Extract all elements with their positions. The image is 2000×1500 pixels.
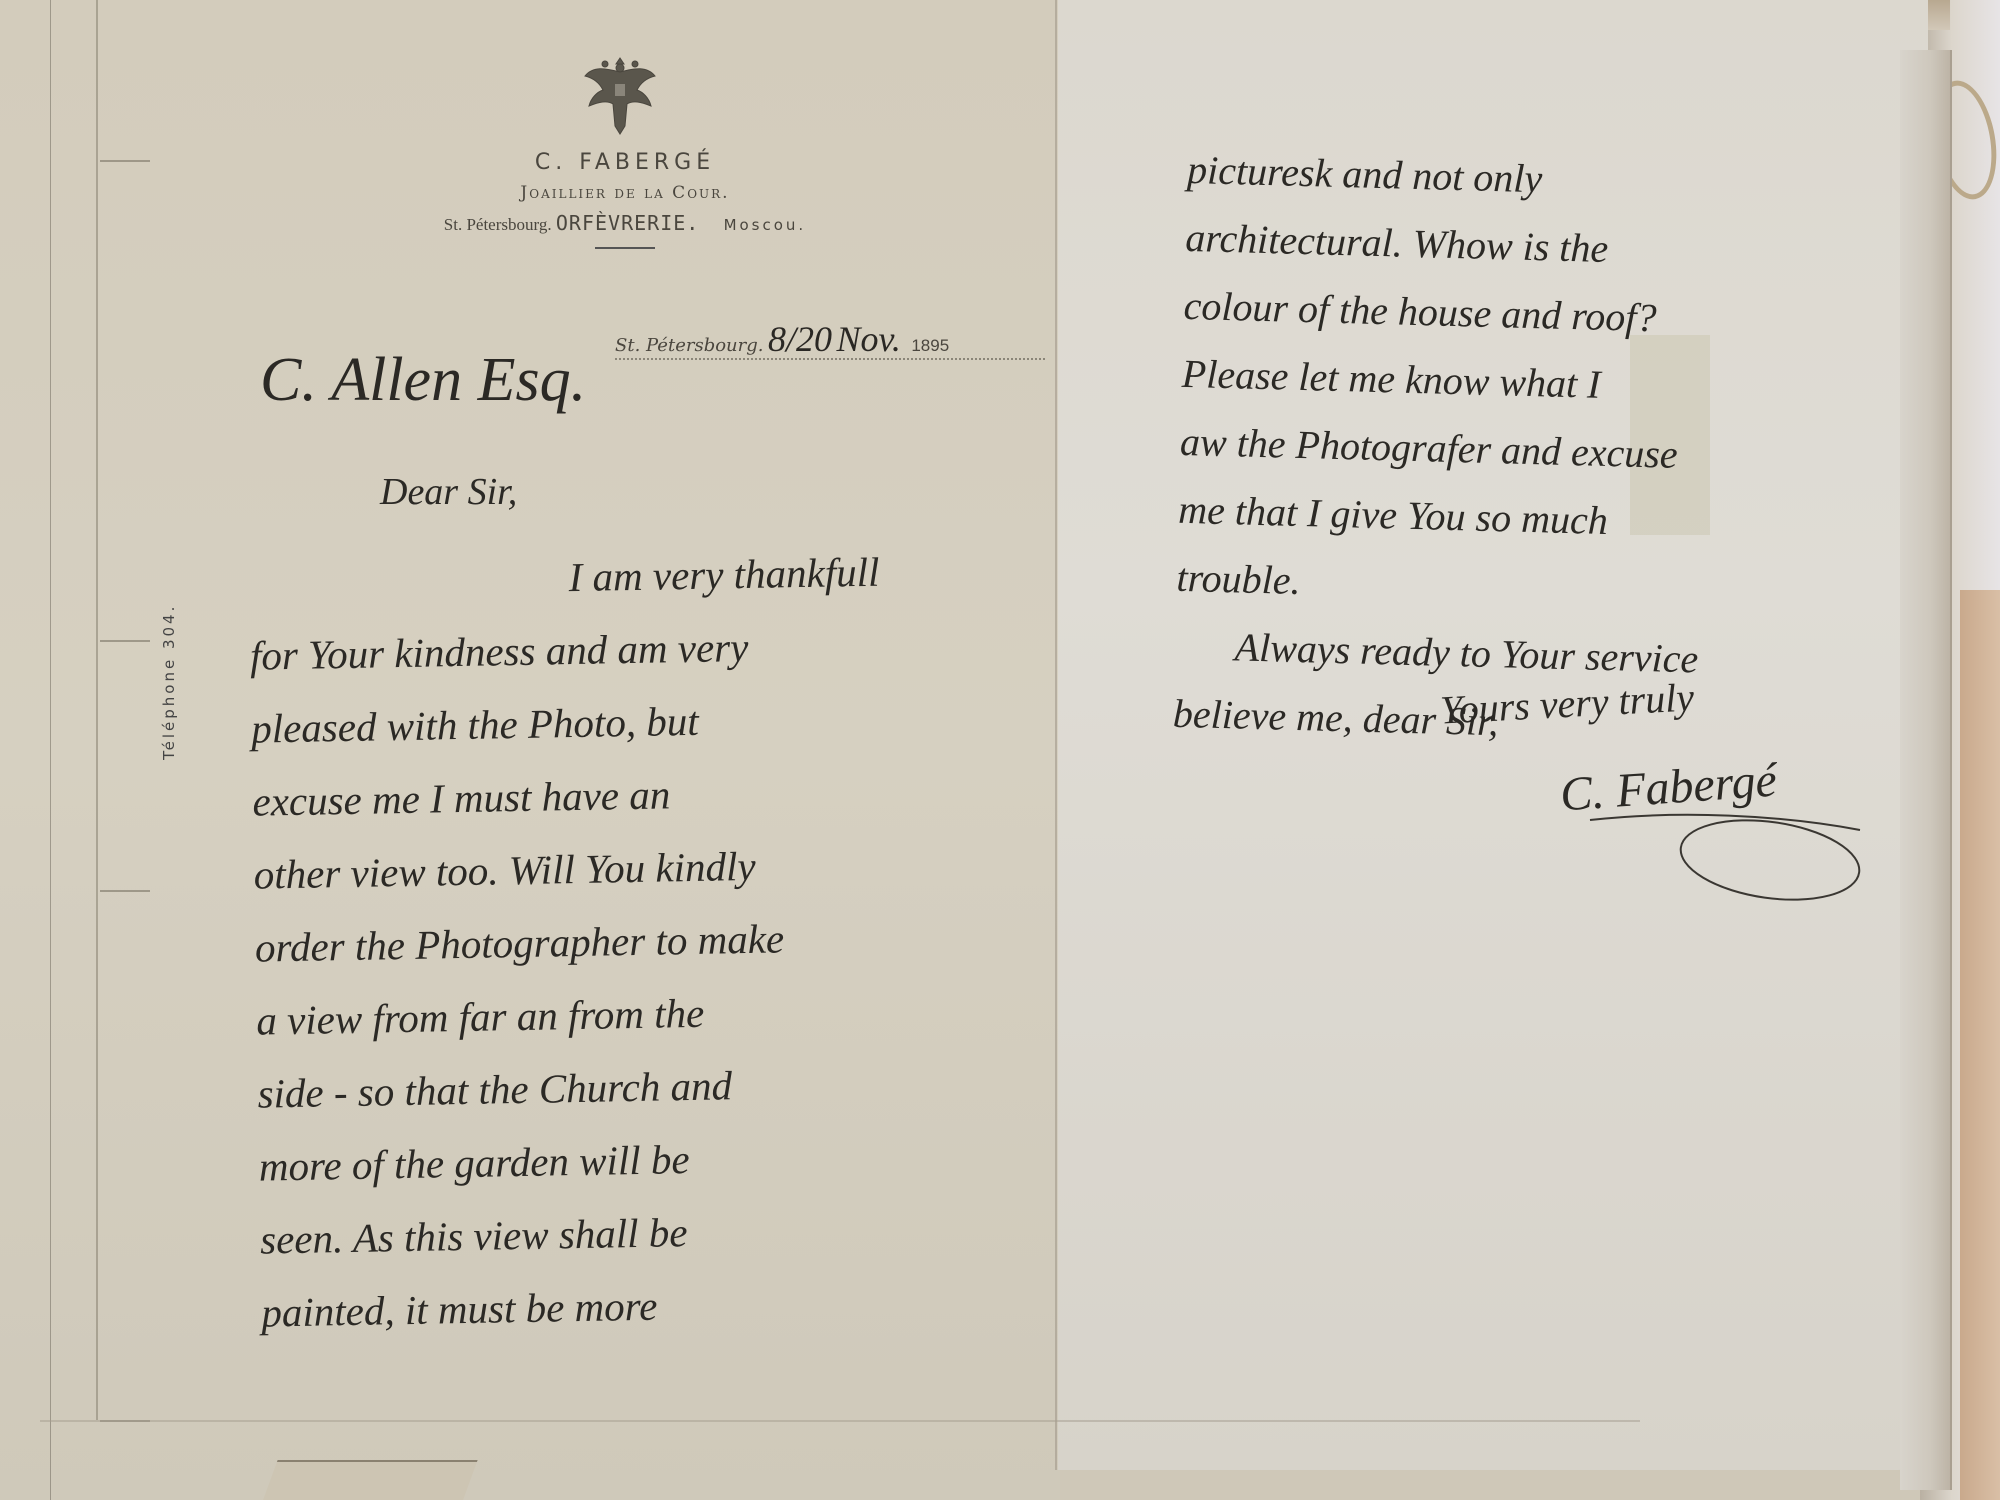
letterhead: C. FABERGÉ Joaillier de la Cour. St. Pét… xyxy=(360,150,890,249)
date-day: 8/20 xyxy=(768,319,832,359)
company-name: C. FABERGÉ xyxy=(360,150,890,175)
letter-body-page1: I am very thankfull for Your kindness an… xyxy=(248,533,1022,1349)
date-month: Nov. xyxy=(837,319,901,359)
letter-spread: C. FABERGÉ Joaillier de la Cour. St. Pét… xyxy=(0,0,1950,1500)
greeting: Dear Sir, xyxy=(380,470,517,514)
date-year: 1895 xyxy=(911,336,949,355)
text-line: painted, it must be more xyxy=(261,1263,1022,1349)
double-headed-eagle-icon xyxy=(575,48,665,138)
text-line: order the Photographer to make xyxy=(254,898,1015,984)
date-place: St. Pétersbourg. xyxy=(615,335,764,356)
text-line: more of the garden will be xyxy=(258,1117,1019,1203)
company-trade: ORFÈVRERIE. xyxy=(556,211,699,235)
background-table xyxy=(1960,590,2000,1500)
center-fold xyxy=(1055,0,1057,1470)
page-stack-edge xyxy=(1900,50,1952,1490)
text-line: pleased with the Photo, but xyxy=(251,679,1012,765)
company-subtitle: Joaillier de la Cour. xyxy=(360,183,890,203)
page-margin-line xyxy=(96,0,98,1420)
letter-body-page2: picturesk and not only architectural. Wh… xyxy=(1172,136,1888,766)
city-left: St. Pétersbourg. xyxy=(444,215,552,234)
text-line: side - so that the Church and xyxy=(257,1044,1018,1130)
text-line: I am very thankfull xyxy=(248,533,1009,619)
margin-tick xyxy=(100,890,150,892)
margin-tick xyxy=(100,640,150,642)
dateline: St. Pétersbourg. 8/20 Nov. 1895 xyxy=(615,318,1045,360)
text-line: other view too. Will You kindly xyxy=(253,825,1014,911)
ornament-divider xyxy=(595,247,655,249)
text-line: a view from far an from the xyxy=(256,971,1017,1057)
company-cities: St. Pétersbourg. ORFÈVRERIE. Moscou. xyxy=(360,211,890,235)
text-line: seen. As this view shall be xyxy=(260,1190,1021,1276)
album-margin-line xyxy=(50,0,51,1500)
margin-tick xyxy=(100,160,150,162)
telephone-number: Téléphone 304. xyxy=(160,604,178,760)
bottom-rule xyxy=(40,1420,1640,1422)
text-line: excuse me I must have an xyxy=(252,752,1013,838)
photo-corner-tab xyxy=(262,1460,477,1500)
city-right: Moscou. xyxy=(724,216,807,234)
signature-flourish-icon xyxy=(1580,800,1880,920)
text-line: for Your kindness and am very xyxy=(249,606,1010,692)
addressee: C. Allen Esq. xyxy=(260,345,586,416)
